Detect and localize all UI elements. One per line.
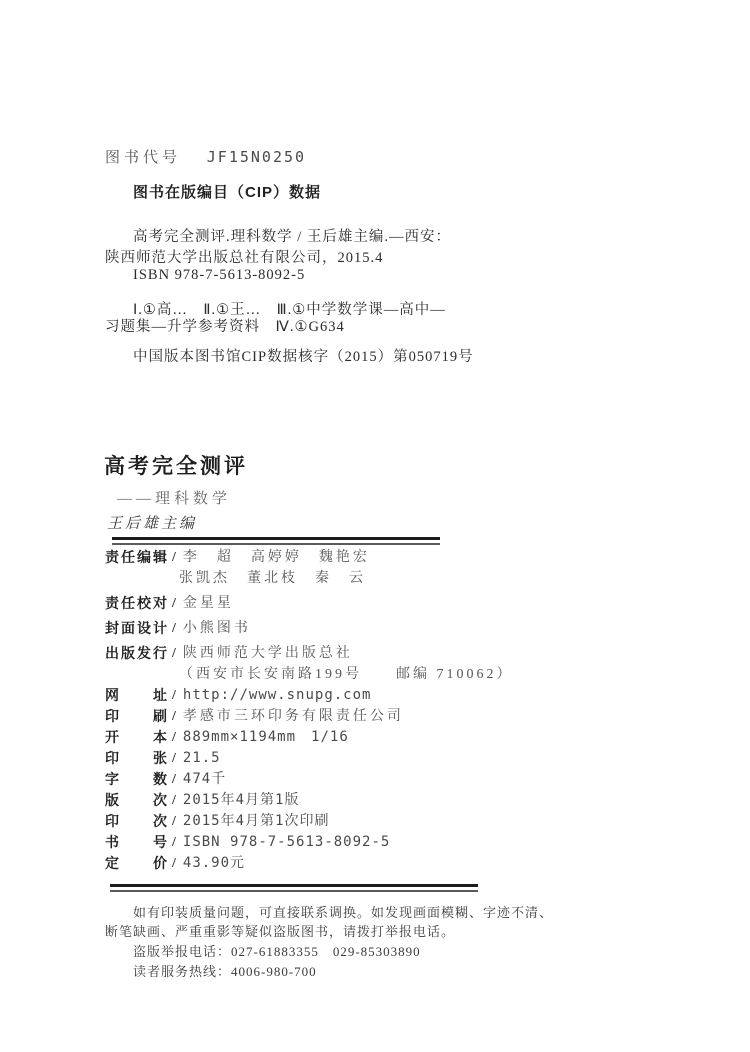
- reader-service-hotline-line: 读者服务热线：4006-980-700: [133, 961, 317, 980]
- cip-isbn-line: ISBN 978-7-5613-8092-5: [133, 267, 305, 284]
- colophon-value: 李 超 高婷婷 魏艳宏: [183, 550, 370, 565]
- copyright-page: 图书代号 JF15N0250 图书在版编目（CIP）数据 高考完全测评.理科数学…: [0, 0, 750, 1052]
- colophon-label: 印张: [105, 748, 167, 769]
- colophon-label: 责任校对: [105, 593, 167, 614]
- colophon-table: 责任编辑/李 超 高婷婷 魏艳宏 张凯杰 董北枝 秦 云 责任校对/金星星 封面…: [105, 547, 514, 874]
- colophon-row-cover-design: 封面设计/小熊图书: [105, 618, 514, 639]
- colophon-value: 张凯杰 董北枝 秦 云: [179, 571, 366, 586]
- book-code-label: 图书代号: [105, 150, 181, 166]
- colophon-label: 字数: [105, 769, 167, 790]
- book-title: 高考完全测评: [104, 450, 248, 480]
- label-separator: /: [172, 547, 176, 568]
- colophon-value: 43.90元: [183, 855, 245, 871]
- label-separator: /: [172, 853, 176, 874]
- colophon-value-url: http://www.snupg.com: [183, 687, 372, 703]
- colophon-row-editors: 责任编辑/李 超 高婷婷 魏艳宏: [105, 547, 514, 568]
- quality-notice-line-1: 如有印装质量问题，可直接联系调换。如发现画面模糊、字迹不清、: [133, 902, 553, 921]
- colophon-value: 2015年4月第1次印刷: [183, 813, 330, 829]
- book-code-value: JF15N0250: [207, 148, 306, 166]
- colophon-value: 474千: [183, 771, 226, 787]
- colophon-value: ISBN 978-7-5613-8092-5: [183, 834, 390, 850]
- book-code-line: 图书代号 JF15N0250: [105, 146, 306, 167]
- colophon-row-isbn: 书号/ISBN 978-7-5613-8092-5: [105, 832, 514, 853]
- cip-classification-line-2: 习题集—升学参考资料 Ⅳ.①G634: [105, 315, 345, 336]
- colophon-row-word-count: 字数/474千: [105, 769, 514, 790]
- colophon-label: 定价: [105, 853, 167, 874]
- label-separator: /: [172, 618, 176, 639]
- colophon-row-publisher: 出版发行/陕西师范大学出版总社: [105, 643, 514, 664]
- piracy-report-phone-line: 盗版举报电话：027-61883355 029-85303890: [133, 941, 421, 960]
- cip-header: 图书在版编目（CIP）数据: [133, 181, 321, 202]
- double-rule-top: [112, 537, 440, 545]
- colophon-row-edition: 版次/2015年4月第1版: [105, 790, 514, 811]
- colophon-value: 21.5: [183, 750, 221, 766]
- colophon-row-publisher-address: （西安市长安南路199号 邮编 710062）: [105, 664, 514, 685]
- colophon-label: 封面设计: [105, 618, 167, 639]
- double-rule-bottom: [110, 884, 478, 892]
- label-separator: /: [172, 593, 176, 614]
- colophon-value: 2015年4月第1版: [183, 792, 300, 808]
- colophon-label: 网址: [105, 685, 167, 706]
- label-separator: /: [172, 790, 176, 811]
- colophon-row-printing: 印次/2015年4月第1次印刷: [105, 811, 514, 832]
- colophon-row-editors-cont: 张凯杰 董北枝 秦 云: [105, 568, 514, 589]
- colophon-value: 小熊图书: [183, 621, 251, 636]
- cip-line-2: 陕西师范大学出版总社有限公司，2015.4: [105, 246, 383, 267]
- label-separator: /: [172, 727, 176, 748]
- book-editor: 王后雄主编: [107, 512, 197, 533]
- colophon-row-printer: 印刷/孝感市三环印务有限责任公司: [105, 706, 514, 727]
- quality-notice-line-2: 断笔缺画、严重重影等疑似盗版图书，请拨打举报电话。: [105, 921, 455, 940]
- colophon-row-price: 定价/43.90元: [105, 853, 514, 874]
- colophon-value: 金星星: [183, 596, 234, 611]
- colophon-row-format: 开本/889mm×1194mm 1/16: [105, 727, 514, 748]
- label-separator: /: [172, 748, 176, 769]
- colophon-value: 889mm×1194mm 1/16: [183, 729, 349, 745]
- colophon-label: 版次: [105, 790, 167, 811]
- colophon-label: 出版发行: [105, 643, 167, 664]
- colophon-label: 书号: [105, 832, 167, 853]
- label-separator: /: [172, 706, 176, 727]
- label-separator: /: [172, 811, 176, 832]
- colophon-label: 责任编辑: [105, 547, 167, 568]
- colophon-row-sheets: 印张/21.5: [105, 748, 514, 769]
- book-subtitle: ——理科数学: [117, 487, 231, 508]
- cip-line-1: 高考完全测评.理科数学 / 王后雄主编.—西安：: [133, 225, 451, 246]
- label-separator: /: [172, 769, 176, 790]
- colophon-label: 印刷: [105, 706, 167, 727]
- colophon-label: 印次: [105, 811, 167, 832]
- label-separator: /: [172, 685, 176, 706]
- colophon-row-website: 网址/http://www.snupg.com: [105, 685, 514, 706]
- cip-record-number-line: 中国版本图书馆CIP数据核字（2015）第050719号: [133, 345, 474, 366]
- colophon-value: 陕西师范大学出版总社: [183, 646, 353, 661]
- colophon-value: （西安市长安南路199号 邮编 710062）: [179, 667, 514, 682]
- label-separator: /: [172, 643, 176, 664]
- colophon-label: 开本: [105, 727, 167, 748]
- colophon-value: 孝感市三环印务有限责任公司: [183, 709, 404, 724]
- label-separator: /: [172, 832, 176, 853]
- colophon-row-proofreader: 责任校对/金星星: [105, 593, 514, 614]
